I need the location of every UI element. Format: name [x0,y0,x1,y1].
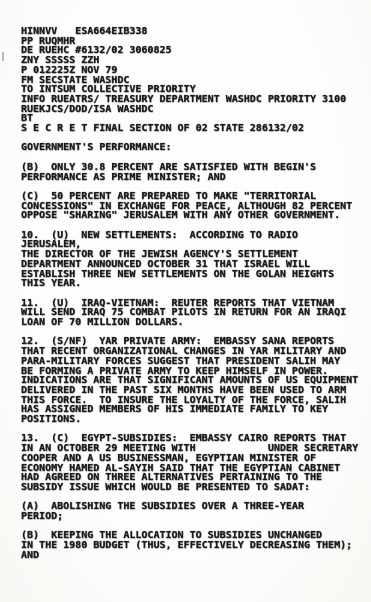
header-line: S E C R E T FINAL SECTION OF 02 STATE 28… [21,124,363,134]
paragraph: (A) ABOLISHING THE SUBSIDIES OVER A THRE… [21,502,363,521]
scan-artifact [2,52,4,61]
header-block: HINNVV ESA664EIB338PP RUQMHRDE RUEHC #61… [21,27,363,134]
paragraph: 12. (S/NF) YAR PRIVATE ARMY: EMBASSY SAN… [21,337,363,424]
paragraph: 10. (U) NEW SETTLEMENTS: ACCORDING TO RA… [21,231,363,289]
paragraph: (B) KEEPING THE ALLOCATION TO SUBSIDIES … [21,531,363,560]
paragraph: GOVERNMENT'S PERFORMANCE: [21,143,363,153]
scanned-cable-page: HINNVV ESA664EIB338PP RUQMHRDE RUEHC #61… [0,0,371,602]
paragraph: 11. (U) IRAQ-VIETNAM: REUTER REPORTS THA… [21,299,363,328]
body-block: GOVERNMENT'S PERFORMANCE:(B) ONLY 30.8 P… [21,143,363,560]
paragraph: (B) ONLY 30.8 PERCENT ARE SATISFIED WITH… [21,163,363,182]
header-line: RUEKJCS/DOD/ISA WASHDC [21,105,363,115]
paragraph: 13. (C) EGYPT-SUBSIDIES: EMBASSY CAIRO R… [21,434,363,492]
paragraph: (C) 50 PERCENT ARE PREPARED TO MAKE "TER… [21,192,363,221]
